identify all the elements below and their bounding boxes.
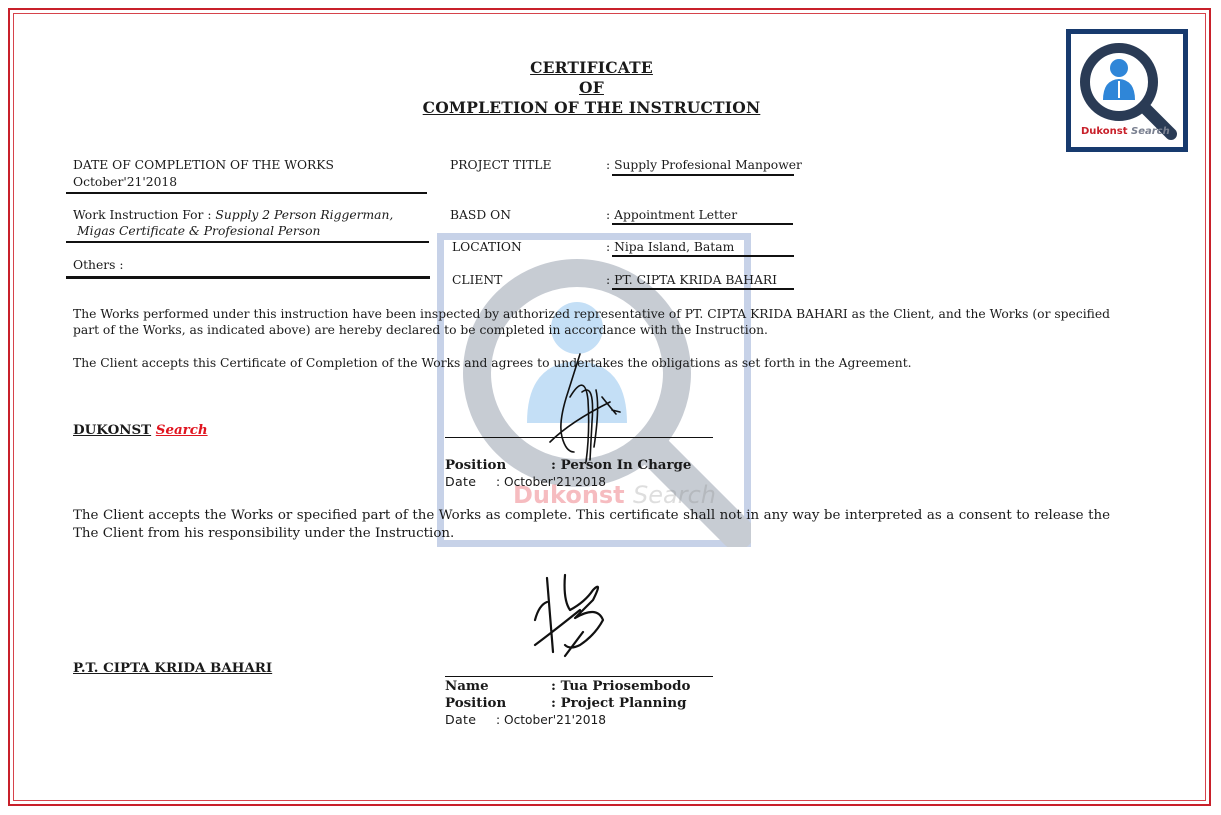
signatory1-date-label: Date <box>445 474 476 489</box>
project-title-value: : Supply Profesional Manpower <box>606 158 802 172</box>
signatory2-date-label: Date <box>445 712 476 727</box>
divider <box>66 192 427 194</box>
client-label: CLIENT <box>452 273 502 287</box>
title-line-1: CERTIFICATE <box>0 58 1183 77</box>
signatory2-position-label: Position <box>445 695 506 711</box>
divider <box>66 276 430 279</box>
signatory2-name-label: Name <box>445 678 489 694</box>
company-name-accent: Search <box>156 422 208 438</box>
signatory2-company: P.T. CIPTA KRIDA BAHARI <box>73 660 272 676</box>
signatory1-company: DUKONST Search <box>73 422 208 438</box>
date-of-completion-value: October'21'2018 <box>73 175 177 189</box>
inspection-paragraph: The Works performed under this instructi… <box>73 306 1110 338</box>
work-instruction-field: Work Instruction For : Supply 2 Person R… <box>73 208 393 222</box>
title-line-3: COMPLETION OF THE INSTRUCTION <box>0 98 1183 117</box>
based-on-label: BASD ON <box>450 208 511 222</box>
project-title-label: PROJECT TITLE <box>450 158 551 172</box>
title-line-2: OF <box>0 78 1183 97</box>
others-label: Others : <box>73 258 123 272</box>
signatory2-name-value: : Tua Priosembodo <box>551 678 690 694</box>
signatory2-position-value: : Project Planning <box>551 695 687 711</box>
watermark-brand-accent: Search <box>633 481 716 509</box>
work-instruction-value-cont: Migas Certificate & Profesional Person <box>77 224 320 238</box>
divider <box>66 241 429 243</box>
work-instruction-value: Supply 2 Person Riggerman, <box>215 208 393 222</box>
signature-line-1 <box>445 437 713 438</box>
location-label: LOCATION <box>452 240 522 254</box>
signature-line-2 <box>445 676 713 677</box>
signatory1-position-value: : Person In Charge <box>551 457 691 473</box>
signatory1-position-label: Position <box>445 457 506 473</box>
underline <box>612 288 794 290</box>
client-value: : PT. CIPTA KRIDA BAHARI <box>606 273 777 287</box>
based-on-value: : Appointment Letter <box>606 208 737 222</box>
date-of-completion-label: DATE OF COMPLETION OF THE WORKS <box>73 158 334 172</box>
signature-1 <box>540 352 630 467</box>
work-instruction-label: Work Instruction For : <box>73 208 211 222</box>
signatory2-date-value: : October'21'2018 <box>496 713 606 727</box>
responsibility-paragraph: The Client accepts the Works or specifie… <box>73 507 1110 543</box>
underline <box>612 174 794 176</box>
underline <box>612 223 793 225</box>
company-name: DUKONST <box>73 422 151 438</box>
signatory1-date-value: : October'21'2018 <box>496 475 606 489</box>
signature-2 <box>525 570 615 665</box>
underline <box>612 255 794 257</box>
logo-brand: Dukonst Search <box>1081 126 1170 137</box>
location-value: : Nipa Island, Batam <box>606 240 734 254</box>
